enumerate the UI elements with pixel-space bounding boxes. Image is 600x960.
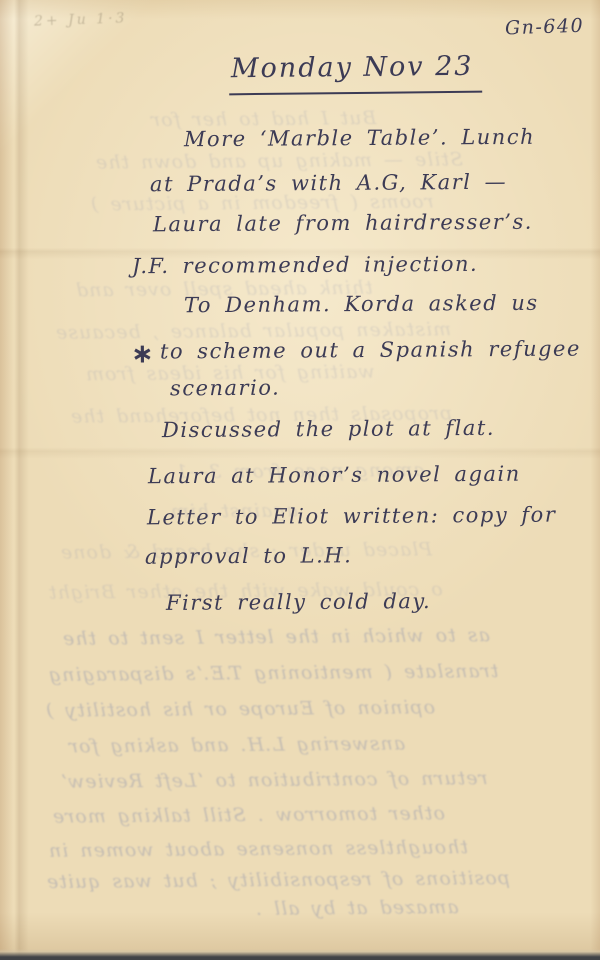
- handwritten-line: More ‘Marble Table’. Lunch: [184, 125, 535, 151]
- handwritten-line: scenario.: [170, 376, 280, 401]
- handwritten-line: to scheme out a Spanish refugee∗: [160, 337, 581, 364]
- handwritten-line: Laura late from hairdresser’s.: [153, 210, 533, 237]
- handwriting-layer: More ‘Marble Table’. Lunchat Prada’s wit…: [0, 0, 600, 960]
- margin-asterisk-marker: ∗: [131, 339, 155, 370]
- handwritten-line: Letter to Eliot written: copy for: [147, 503, 556, 530]
- diary-page: But I had to her forStile — making up an…: [0, 0, 600, 960]
- handwritten-line: Discussed the plot at flat.: [162, 416, 495, 442]
- handwritten-line: To Denham. Korda asked us: [184, 291, 539, 317]
- handwritten-line: Laura at Honor’s novel again: [148, 462, 521, 489]
- handwritten-line: J.F. recommended injection.: [132, 252, 478, 278]
- handwritten-line: approval to L.H.: [145, 543, 352, 568]
- handwritten-line: First really cold day.: [166, 589, 431, 615]
- handwritten-line: at Prada’s with A.G, Karl —: [150, 170, 507, 196]
